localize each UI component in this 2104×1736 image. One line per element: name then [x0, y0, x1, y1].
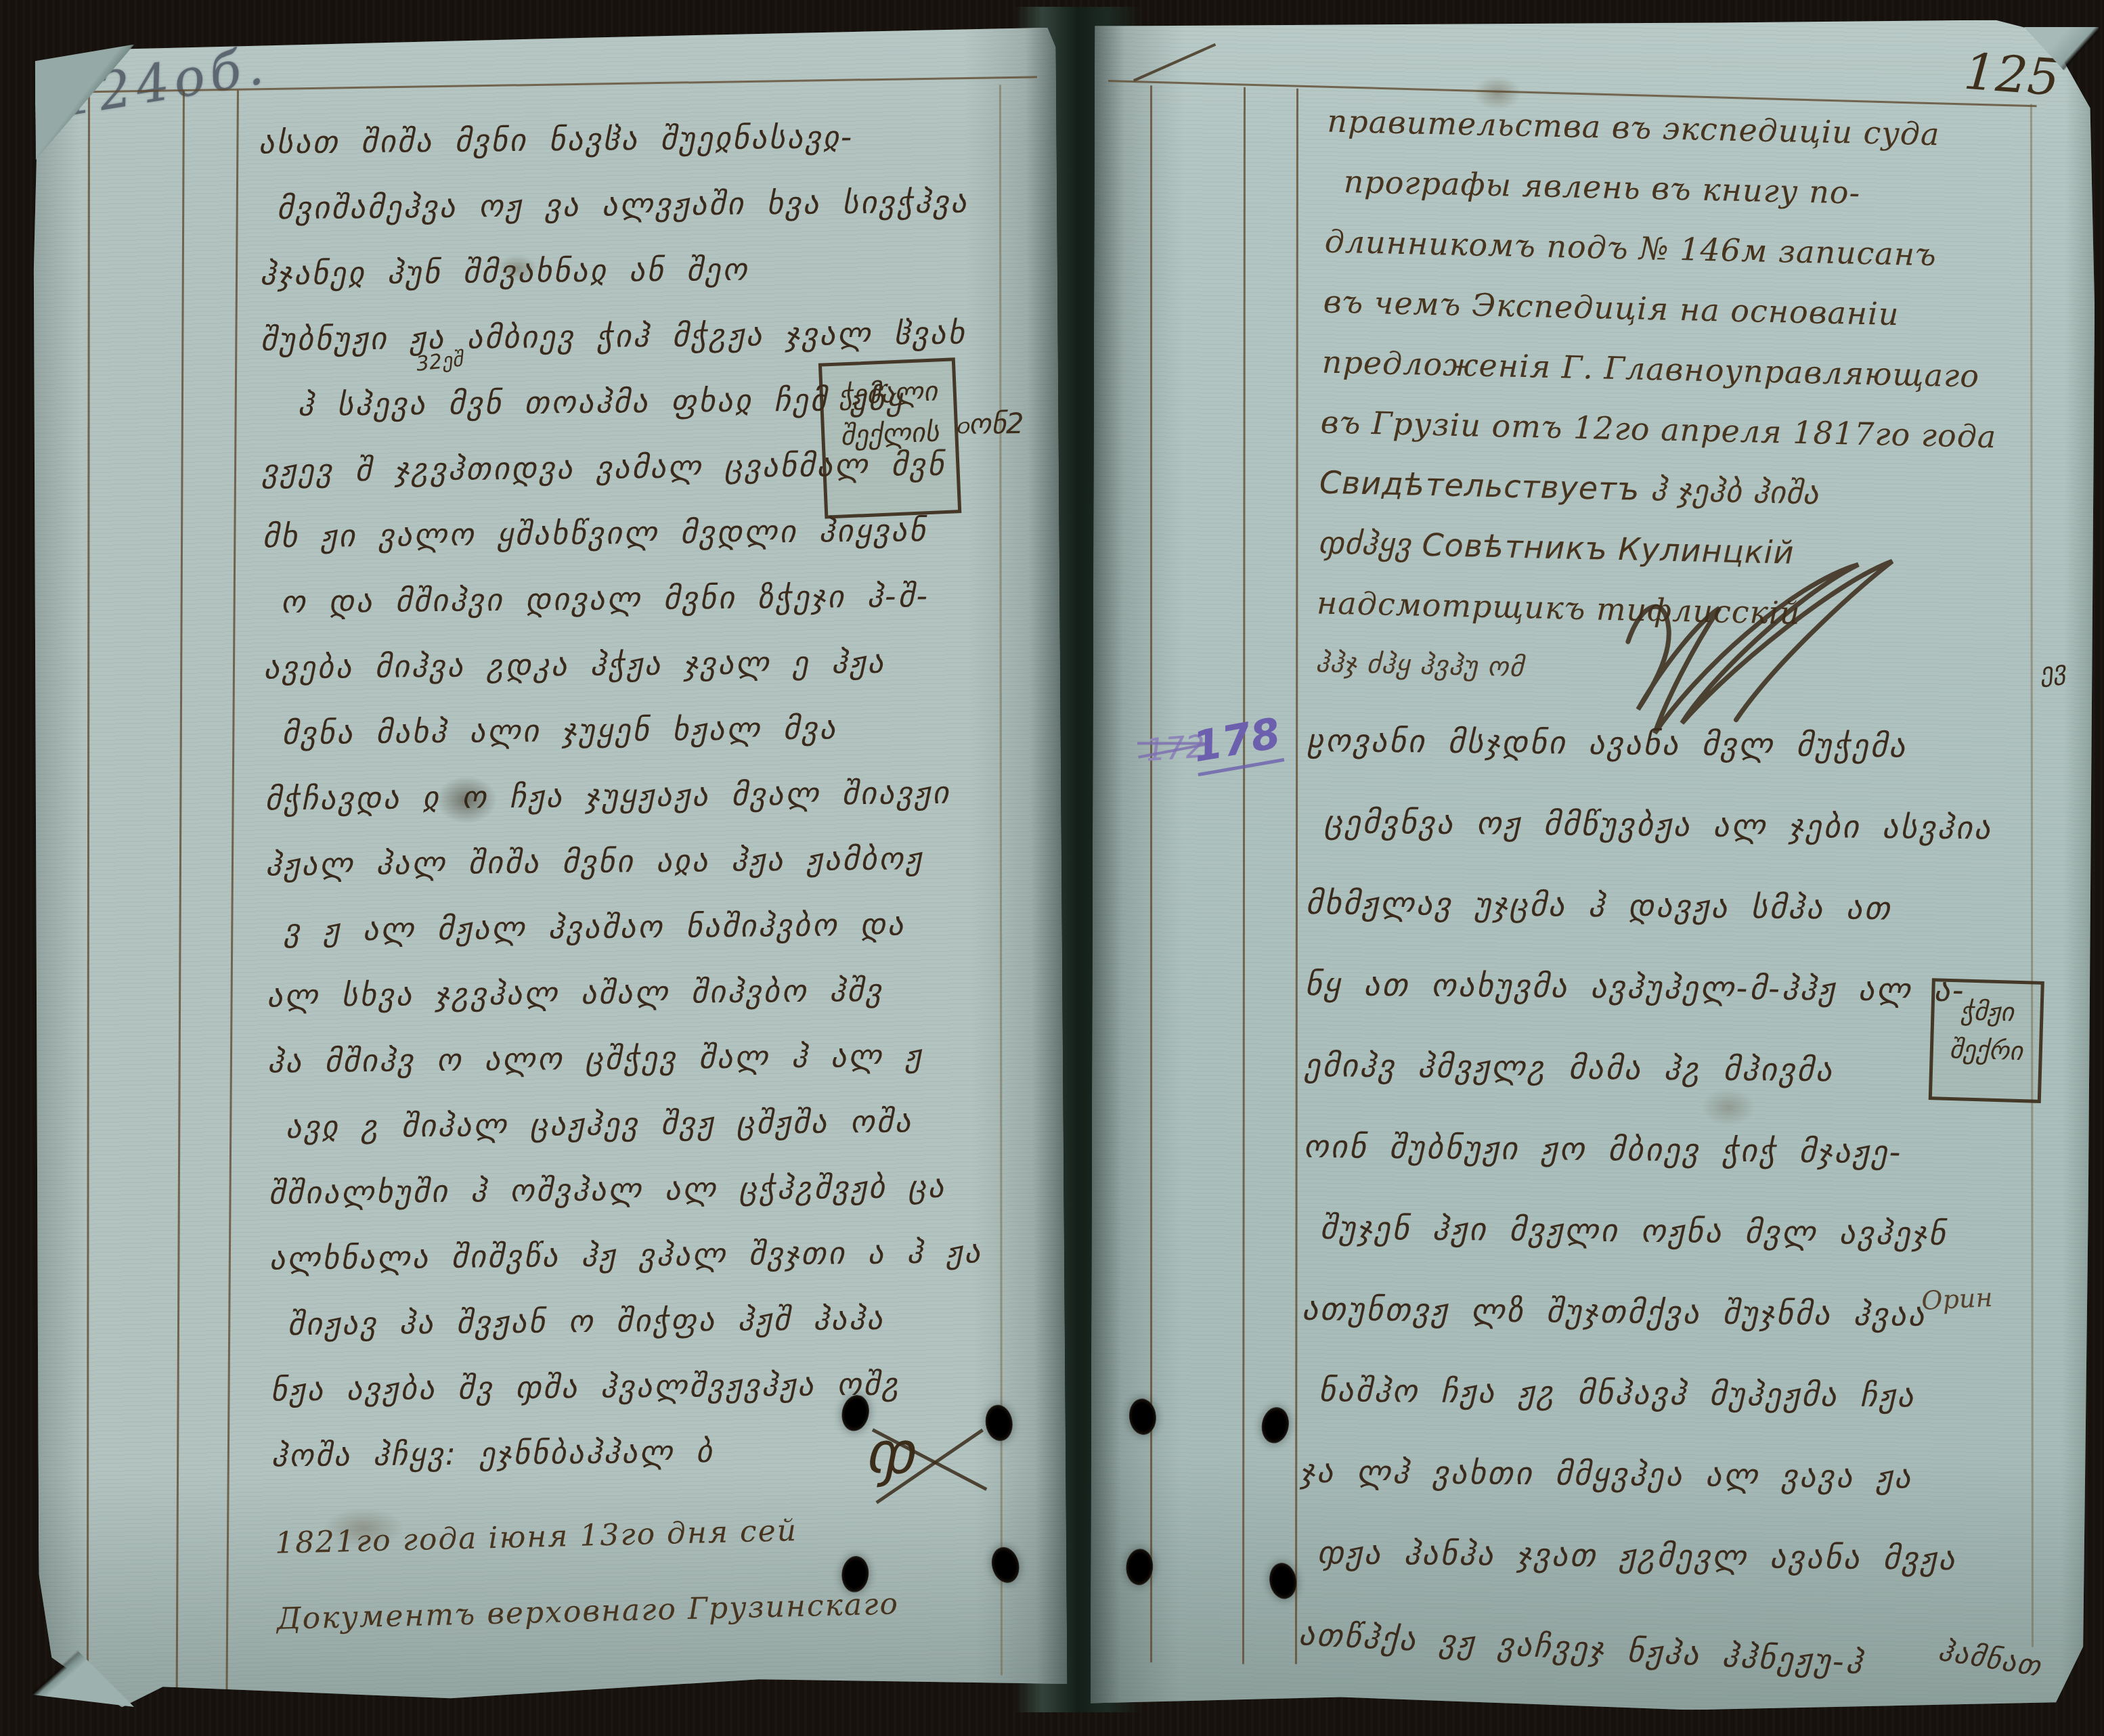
manuscript-line: ავება მიჰვა ჷდკა ჰჭჟა ჯვალ ე ჰჟა [263, 627, 1053, 700]
manuscript-line: Документъ верховнаго Грузинскаго [276, 1566, 900, 1657]
manuscript-line: შშიალხუში ჰ ოშვჰალ ალ ცჭჰჷშვჟბ ცა [268, 1153, 1057, 1226]
manuscript-line: ჰჯანეჲ ჰუნ შმვახნაჲ ან შეო [259, 233, 1049, 307]
manuscript-line: ჸოვანი მსჯდნი ავანა მვლ მუჭემა [1307, 700, 2086, 789]
manuscript-line: ავჲ ჷ შიჰალ ცაჟჰევ შვჟ ცშჟშა ოშა [267, 1087, 1057, 1160]
box-note-line: ჭმჟი [1941, 992, 2034, 1033]
box-note-suffix: ჿონ2 [955, 407, 1024, 441]
manuscript-line: ალ სხვა ჯჷვჰალ აშალ შიჰვბო ჰშვ [267, 956, 1056, 1029]
right-page: 125 правительства въ экспедицiи суда про… [1091, 18, 2096, 1711]
manuscript-line: ნჟა ავჟბა შვ ჶშა ჰვალშვჟვჰჟა ოშჷ [270, 1350, 1059, 1423]
manuscript-line: მჭჩავდა ჲ ო ჩჟა ჯუყჟაჟა მვალ შიავჟი [265, 759, 1054, 832]
box-note-line: ჭემალი [829, 371, 947, 416]
margin-word: Орин [1921, 1283, 1993, 1316]
left-page: 124об. ასათ შიშა მვნი ნავჱა შუეჲნასავჲ- … [28, 28, 1067, 1708]
margin-number-new: 178 [1189, 708, 1285, 776]
manuscript-line: შუჯენ ჰჟი მვჟლი ოჟნა მვლ ავჰეჯნ [1302, 1188, 2082, 1276]
georgian-text-block: ასათ შიშა მვნი ნავჱა შუეჲნასავჲ- მვიშამე… [259, 102, 1060, 1488]
manuscript-line: ვ ჟ ალ მჟალ ჰვაშაო ნაშიჰვბო და [266, 890, 1055, 963]
manuscript-line: ჶჟა ჰანჰა ჯვათ ჟჷმევლ ავანა მვჟა [1299, 1513, 2078, 1601]
punch-hole [1258, 1405, 1292, 1446]
ruled-line-vertical [87, 91, 90, 1694]
ruled-line-tick [1133, 43, 1216, 82]
manuscript-line: ასათ შიშა მვნი ნავჱა შუეჲნასავჲ- [259, 102, 1048, 175]
folio-number-ink: 125 [1962, 43, 2061, 108]
manuscript-line: მვიშამეჰვა ოჟ ვა ალვჟაში ხვა სივჭჰვა [259, 168, 1048, 241]
manuscript-line: ჰჟალ ჰალ შიშა მვნი აჲა ჰჟა ჟამბოჟ [265, 824, 1055, 897]
manuscript-line: შიჟავ ჰა შვჟან ო შიჭფა ჰჟშ ჰაჰა [269, 1284, 1059, 1357]
ruled-line-vertical [1295, 89, 1298, 1664]
manuscript-line: ცემვნვა ოჟ მმწუვბჟა ალ ჯები ასვჰია [1306, 782, 2085, 870]
manuscript-line: ნაშჰო ჩჟა ჟჷ მნჰავჰ მუჰეჟმა ჩჟა [1300, 1350, 2080, 1439]
box-note-line: შექლის [831, 411, 948, 457]
manuscript-line: ჯა ლჰ ვახთი მმყვჰეა ალ ვავა ჟა [1300, 1431, 2079, 1520]
punch-hole [1127, 1397, 1158, 1436]
ruled-line-vertical [225, 90, 239, 1695]
interlinear-note: ევ [2038, 654, 2067, 688]
manuscript-line: ო და მშიჰვი დივალ მვნი ზჭეჯი ჰ-შ- [263, 562, 1052, 635]
ink-box-annotation: ჭემალი შექლის [818, 357, 961, 518]
box-note-line: შექრი [1939, 1030, 2033, 1071]
manuscript-line: ოინ შუბნუჟი ჟო მბიევ ჭიჭ მჯაჟე- [1303, 1107, 2082, 1195]
manuscript-line: ჰა მშიჰვ ო ალო ცშჭევ შალ ჰ ალ ჟ [267, 1021, 1057, 1094]
manuscript-line: მხმჟლავ უჯცმა ჰ დავჟა სმჰა ათ [1305, 863, 2084, 952]
manuscript-line: მვნა მახჰ ალი ჯუყენ ხჟალ მვა [264, 693, 1053, 766]
manuscript-line: ალხნალა შიშვწა ჰჟ ვჰალ შვჯთი ა ჰ ჟა [269, 1218, 1058, 1291]
ink-box-annotation: ჭმჟი შექრი [1929, 978, 2044, 1103]
manuscript-line: 1821го года іюня 13го дня сей [274, 1490, 898, 1581]
ruled-line-vertical [1242, 87, 1246, 1664]
punch-hole [988, 1544, 1023, 1586]
ruled-line-vertical [176, 91, 185, 1696]
russian-text-block: 1821го года іюня 13го дня сей Документъ … [274, 1490, 900, 1657]
georgian-text-block: ჸოვანი მსჯდნი ავანა მვლ მუჭემა ცემვნვა ო… [1298, 700, 2086, 1683]
